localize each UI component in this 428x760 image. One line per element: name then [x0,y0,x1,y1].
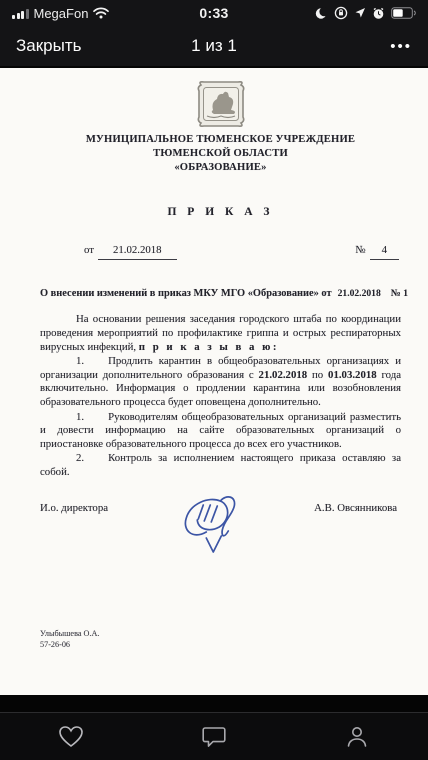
status-left: MegaFon [12,6,199,21]
handwritten-signature [172,492,256,558]
coat-of-arms-emblem [195,80,247,128]
heart-icon [58,725,84,749]
item-number: 1. [76,411,84,423]
org-name: МУНИЦИПАЛЬНОЕ ТЮМЕНСКОЕ УЧРЕЖДЕНИЕ ТЮМЕН… [40,133,401,175]
phone-screen: MegaFon 0:33 [0,0,428,760]
order-item-2: 1.Руководителям общеобразовательных орга… [40,411,401,452]
signature-row: И.о. директора А.В. Овсянникова [40,496,401,566]
number-value: 4 [370,244,399,260]
person-icon [344,725,370,749]
org-line-3: «ОБРАЗОВАНИЕ» [40,161,401,175]
orientation-lock-icon [334,6,348,20]
cell-signal-icon [12,8,29,19]
wifi-icon [93,7,109,19]
more-options-button[interactable]: ••• [237,38,412,55]
order-item-1: 1.Продлить карантин в общеобразовательны… [40,355,401,409]
org-line-2: ТЮМЕНСКОЙ ОБЛАСТИ [40,147,401,161]
like-button[interactable] [41,715,101,759]
item1-mid: по [312,369,323,381]
location-arrow-icon [354,7,366,19]
status-right [229,6,416,20]
subject-main: О внесении изменений в приказ МКУ МГО «О… [40,288,332,299]
item2-text: Руководителям общеобразовательных органи… [40,411,401,450]
signer-title: И.о. директора [40,502,108,516]
subject-number: № 1 [381,288,408,299]
number-field: №4 [355,244,399,260]
executor-name: Улыбышева О.А. [40,629,99,640]
org-line-1: МУНИЦИПАЛЬНОЕ ТЮМЕНСКОЕ УЧРЕЖДЕНИЕ [40,133,401,147]
top-chrome: MegaFon 0:33 [0,0,428,66]
close-button[interactable]: Закрыть [16,36,191,56]
date-value: 21.02.2018 [98,244,177,260]
document-title: П Р И К А З [40,206,401,220]
clock-label: 0:33 [199,5,228,21]
number-prefix: № [355,244,365,256]
intro-paragraph: На основании решения заседания городског… [40,313,401,354]
viewer-header: Закрыть 1 из 1 ••• [0,26,428,66]
do-not-disturb-moon-icon [315,7,328,20]
document-page[interactable]: МУНИЦИПАЛЬНОЕ ТЮМЕНСКОЕ УЧРЕЖДЕНИЕ ТЮМЕН… [0,68,428,695]
executor-phone: 57-26-06 [40,640,99,651]
alarm-clock-icon [372,7,385,20]
item1-date2: 01.03.2018 [328,369,377,381]
executor-footer: Улыбышева О.А. 57-26-06 [40,629,99,650]
date-field: от21.02.2018 [84,244,177,260]
date-number-row: от21.02.2018 №4 [40,244,401,260]
date-prefix: от [84,244,94,256]
intro-bold-word: п р и к а з ы в а ю: [139,341,279,353]
status-bar: MegaFon 0:33 [0,0,428,26]
battery-icon [391,7,416,19]
item1-date1: 21.02.2018 [259,369,308,381]
comment-button[interactable] [184,715,244,759]
bottom-toolbar [0,712,428,760]
subject-date: 21.02.2018 [332,288,381,299]
carrier-label: MegaFon [34,6,89,21]
item3-text: Контроль за исполнением настоящего прика… [40,452,401,478]
item-number: 1. [76,355,84,367]
profile-button[interactable] [327,715,387,759]
order-item-3: 2.Контроль за исполнением настоящего при… [40,452,401,479]
comment-bubble-icon [201,725,227,749]
emblem-wrap [40,80,401,133]
item-number: 2. [76,452,84,464]
page-indicator: 1 из 1 [191,36,237,56]
signer-name: А.В. Овсянникова [314,502,397,516]
subject-line: О внесении изменений в приказ МКУ МГО «О… [40,287,401,301]
